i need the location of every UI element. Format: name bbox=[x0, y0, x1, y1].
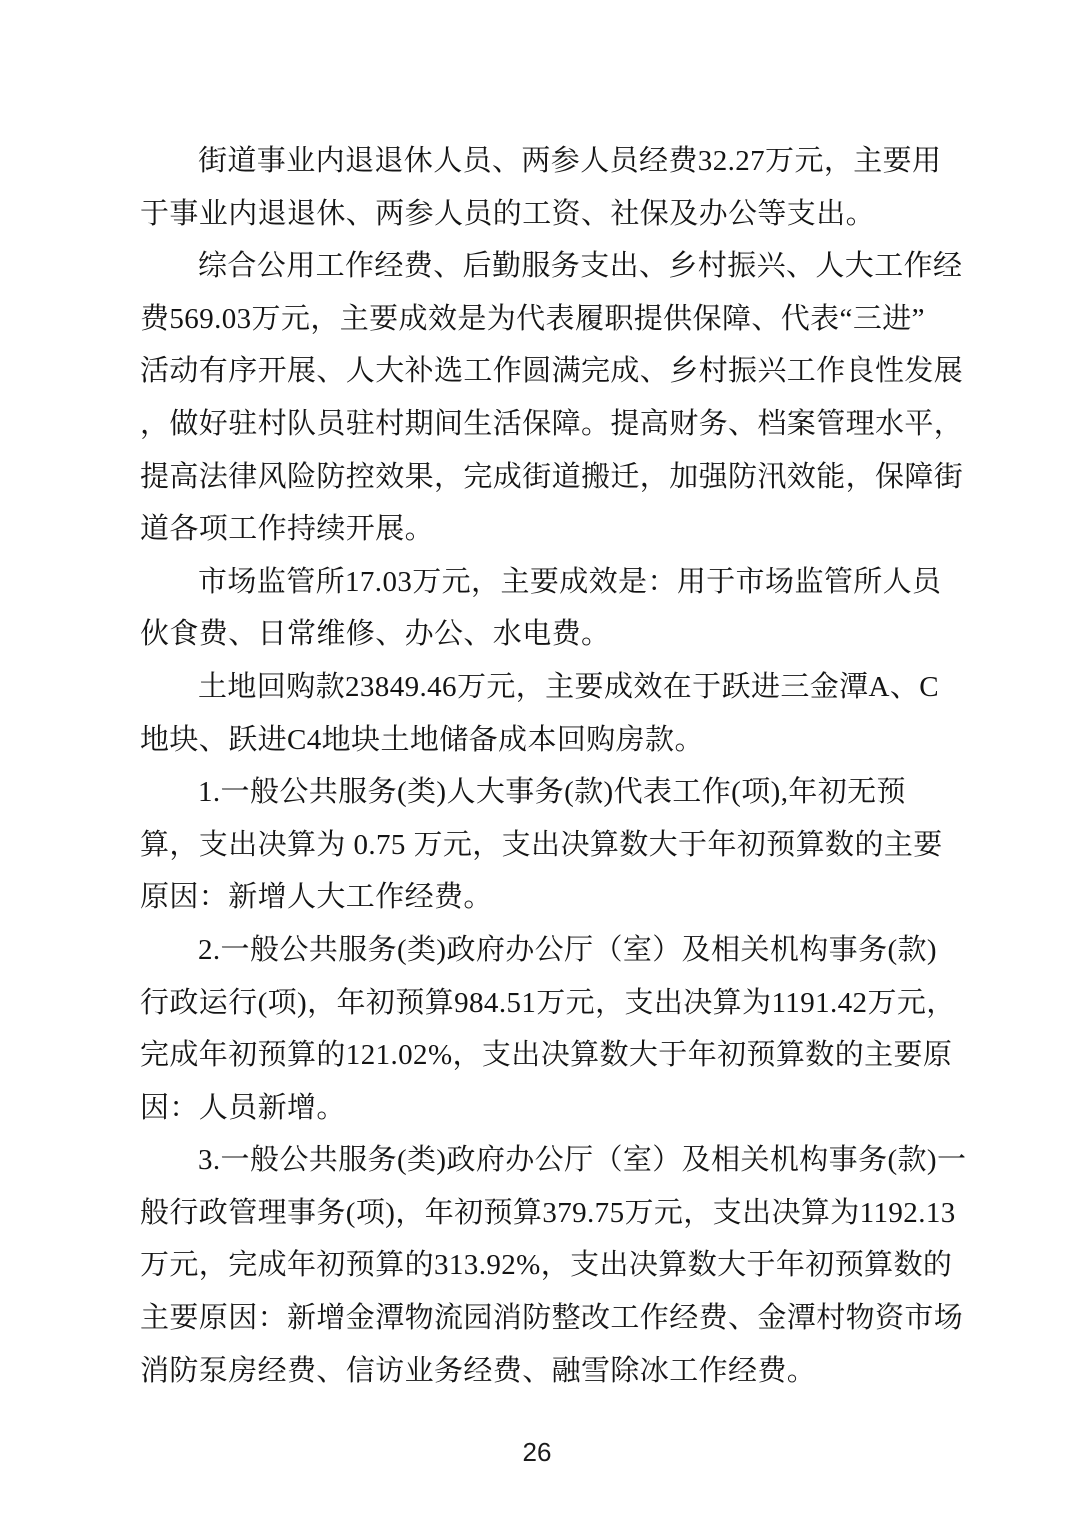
text-line: 原因：新增人大工作经费。 bbox=[140, 871, 940, 924]
text-line: 算，支出决算为 0.75 万元，支出决算数大于年初预算数的主要 bbox=[140, 819, 940, 872]
page-number: 26 bbox=[0, 1437, 1074, 1468]
document-body: 街道事业内退退休人员、两参人员经费32.27万元，主要用于事业内退退休、两参人员… bbox=[140, 135, 940, 1397]
text-line: 伙食费、日常维修、办公、水电费。 bbox=[140, 608, 940, 661]
text-line: 市场监管所17.03万元，主要成效是：用于市场监管所人员 bbox=[140, 556, 940, 609]
text-line: 2.一般公共服务(类)政府办公厅（室）及相关机构事务(款) bbox=[140, 924, 940, 977]
text-line: 费569.03万元，主要成效是为代表履职提供保障、代表“三进” bbox=[140, 293, 940, 346]
text-line: 提高法律风险防控效果，完成街道搬迁，加强防汛效能，保障街 bbox=[140, 451, 940, 504]
text-line: 行政运行(项)，年初预算984.51万元，支出决算为1191.42万元， bbox=[140, 977, 940, 1030]
text-line: 完成年初预算的121.02%，支出决算数大于年初预算数的主要原 bbox=[140, 1029, 940, 1082]
text-line: 1.一般公共服务(类)人大事务(款)代表工作(项),年初无预 bbox=[140, 766, 940, 819]
text-line: 于事业内退退休、两参人员的工资、社保及办公等支出。 bbox=[140, 188, 940, 241]
text-line: 街道事业内退退休人员、两参人员经费32.27万元，主要用 bbox=[140, 135, 940, 188]
text-line: 土地回购款23849.46万元，主要成效在于跃进三金潭A、C bbox=[140, 661, 940, 714]
text-line: 综合公用工作经费、后勤服务支出、乡村振兴、人大工作经 bbox=[140, 240, 940, 293]
text-line: 活动有序开展、人大补选工作圆满完成、乡村振兴工作良性发展 bbox=[140, 345, 940, 398]
text-line: 3.一般公共服务(类)政府办公厅（室）及相关机构事务(款)一 bbox=[140, 1134, 940, 1187]
text-line: 主要原因：新增金潭物流园消防整改工作经费、金潭村物资市场 bbox=[140, 1292, 940, 1345]
text-line: 道各项工作持续开展。 bbox=[140, 503, 940, 556]
text-line: 般行政管理事务(项)，年初预算379.75万元，支出决算为1192.13 bbox=[140, 1187, 940, 1240]
text-line: 地块、跃进C4地块土地储备成本回购房款。 bbox=[140, 714, 940, 767]
document-page: 街道事业内退退休人员、两参人员经费32.27万元，主要用于事业内退退休、两参人员… bbox=[0, 0, 1074, 1520]
text-line: 万元，完成年初预算的313.92%，支出决算数大于年初预算数的 bbox=[140, 1239, 940, 1292]
text-line: ，做好驻村队员驻村期间生活保障。提高财务、档案管理水平， bbox=[140, 398, 940, 451]
text-line: 因：人员新增。 bbox=[140, 1082, 940, 1135]
text-line: 消防泵房经费、信访业务经费、融雪除冰工作经费。 bbox=[140, 1345, 940, 1398]
